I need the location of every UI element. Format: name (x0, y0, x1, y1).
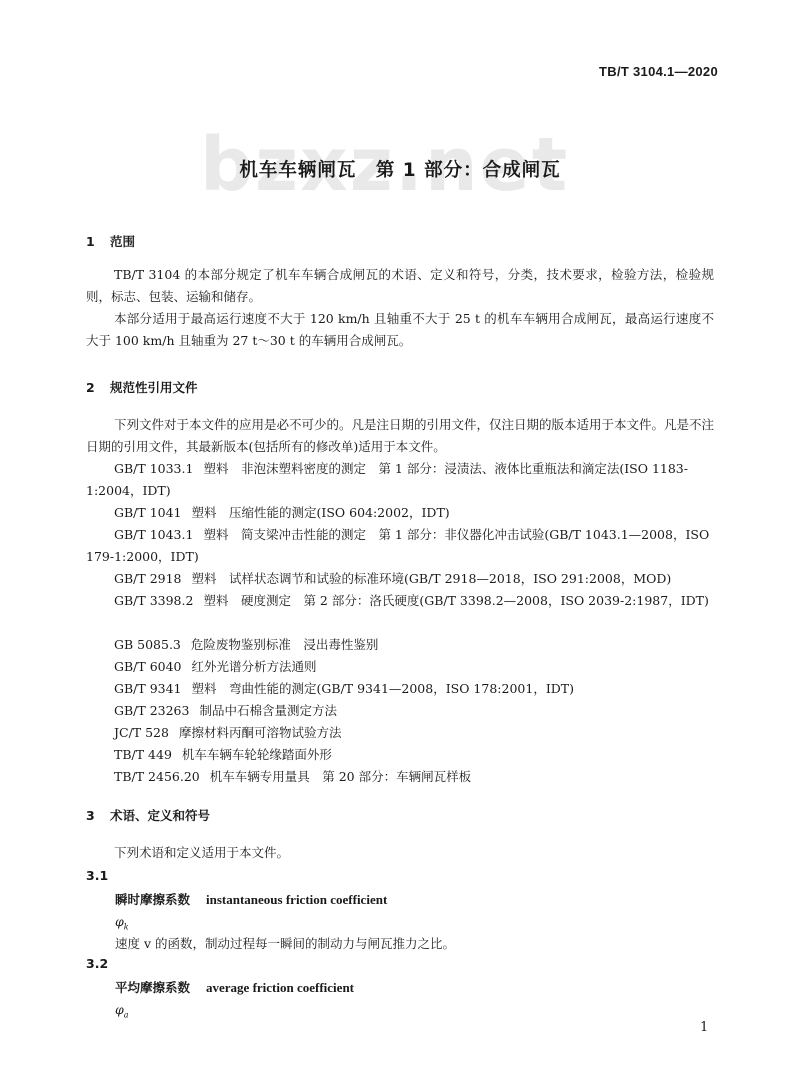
document-page: TB/T 3104.1—2020 bzxz.net 机车车辆闸瓦 第 1 部分：… (0, 0, 800, 1091)
reference-code: JC/T 528 (114, 725, 169, 740)
reference-item: GB/T 1043.1塑料 简支梁冲击性能的测定 第 1 部分：非仪器化冲击试验… (86, 524, 714, 568)
reference-title: 危险废物鉴别标准 浸出毒性鉴别 (191, 637, 379, 652)
term-en: instantaneous friction coefficient (206, 892, 387, 907)
term-number: 3.2 (86, 956, 108, 971)
term-number: 3.1 (86, 868, 108, 883)
symbol-base: φ (115, 914, 124, 929)
reference-code: TB/T 2456.20 (114, 769, 200, 784)
reference-code: GB/T 2918 (114, 571, 182, 586)
reference-item: JC/T 528摩擦材料丙酮可溶物试验方法 (86, 722, 714, 744)
reference-title: 塑料 压缩性能的测定(ISO 604:2002，IDT) (192, 505, 450, 520)
section-number: 2 (86, 380, 110, 395)
paragraph: 下列术语和定义适用于本文件。 (86, 842, 714, 864)
term-en: average friction coefficient (206, 980, 354, 995)
reference-code: GB/T 6040 (114, 659, 182, 674)
reference-title: 塑料 试样状态调节和试验的标准环境(GB/T 2918—2018，ISO 291… (192, 571, 672, 586)
term-entry: 瞬时摩擦系数instantaneous friction coefficient (115, 890, 387, 908)
reference-code: GB/T 9341 (114, 681, 182, 696)
section-heading-3: 3术语、定义和符号 (86, 806, 210, 824)
section-title: 范围 (110, 234, 135, 249)
symbol-base: φ (115, 1002, 124, 1017)
reference-item: GB/T 2918塑料 试样状态调节和试验的标准环境(GB/T 2918—201… (86, 568, 714, 590)
reference-code: GB/T 1033.1 (114, 461, 193, 476)
section-number: 1 (86, 234, 110, 249)
reference-code: GB/T 23263 (114, 703, 189, 718)
symbol-subscript: a (124, 1011, 129, 1020)
section-heading-1: 1范围 (86, 232, 135, 250)
reference-code: TB/T 449 (114, 747, 172, 762)
section-heading-2: 2规范性引用文件 (86, 378, 198, 396)
reference-item: TB/T 2456.20机车车辆专用量具 第 20 部分：车辆闸瓦样板 (86, 766, 714, 788)
reference-code: GB/T 1041 (114, 505, 182, 520)
paragraph: TB/T 3104 的本部分规定了机车车辆合成闸瓦的术语、定义和符号，分类，技术… (86, 264, 714, 308)
paragraph: 本部分适用于最高运行速度不大于 120 km/h 且轴重不大于 25 t 的机车… (86, 308, 714, 352)
reference-code: GB/T 1043.1 (114, 527, 193, 542)
term-zh: 平均摩擦系数 (115, 980, 190, 995)
reference-item: GB/T 6040红外光谱分析方法通则 (86, 656, 714, 678)
standard-number: TB/T 3104.1—2020 (599, 64, 718, 79)
term-symbol: φa (115, 1002, 129, 1020)
reference-item: GB/T 3398.2塑料 硬度测定 第 2 部分：洛氏硬度(GB/T 3398… (86, 590, 714, 612)
reference-code: GB 5085.3 (114, 637, 181, 652)
reference-title: 塑料 硬度测定 第 2 部分：洛氏硬度(GB/T 3398.2—2008，ISO… (203, 593, 708, 608)
term-definition: 速度 v 的函数，制动过程每一瞬间的制动力与闸瓦推力之比。 (115, 934, 455, 952)
reference-item: TB/T 449机车车辆车轮轮缘踏面外形 (86, 744, 714, 766)
symbol-subscript: k (124, 923, 129, 932)
section-title: 规范性引用文件 (110, 380, 198, 395)
paragraph: 下列文件对于本文件的应用是必不可少的。凡是注日期的引用文件，仅注日期的版本适用于… (86, 414, 714, 458)
reference-title: 摩擦材料丙酮可溶物试验方法 (179, 725, 342, 740)
term-entry: 平均摩擦系数average friction coefficient (115, 978, 354, 996)
page-number: 1 (700, 1020, 708, 1035)
section-title: 术语、定义和符号 (110, 808, 210, 823)
reference-item: GB/T 23263制品中石棉含量测定方法 (86, 700, 714, 722)
reference-item: GB/T 1033.1塑料 非泡沫塑料密度的测定 第 1 部分：浸渍法、液体比重… (86, 458, 714, 502)
reference-item: GB/T 1041塑料 压缩性能的测定(ISO 604:2002，IDT) (86, 502, 714, 524)
reference-code: GB/T 3398.2 (114, 593, 193, 608)
reference-item: GB 5085.3危险废物鉴别标准 浸出毒性鉴别 (86, 634, 714, 656)
reference-title: 机车车辆车轮轮缘踏面外形 (182, 747, 332, 762)
reference-title: 机车车辆专用量具 第 20 部分：车辆闸瓦样板 (210, 769, 471, 784)
reference-title: 红外光谱分析方法通则 (192, 659, 317, 674)
reference-item: GB/T 9341塑料 弯曲性能的测定(GB/T 9341—2008，ISO 1… (86, 678, 714, 700)
reference-title: 塑料 弯曲性能的测定(GB/T 9341—2008，ISO 178:2001，I… (192, 681, 574, 696)
term-symbol: φk (115, 914, 129, 932)
section-number: 3 (86, 808, 110, 823)
term-zh: 瞬时摩擦系数 (115, 892, 190, 907)
document-title: 机车车辆闸瓦 第 1 部分：合成闸瓦 (0, 156, 800, 182)
reference-title: 制品中石棉含量测定方法 (199, 703, 337, 718)
